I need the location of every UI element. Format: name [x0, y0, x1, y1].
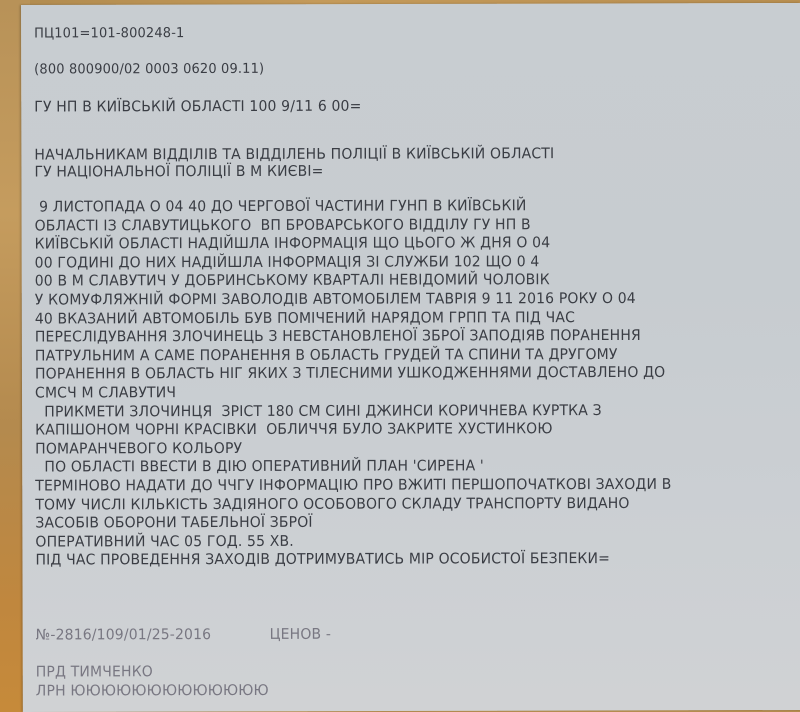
- printed-telegram-sheet: ПЦ101=101-800248-1 (800 800900/02 0003 0…: [21, 3, 800, 712]
- body-line: 00 В М СЛАВУТИЧ У ДОБРИНСЬКОМУ КВАРТАЛІ …: [35, 273, 550, 289]
- sender-line: ГУ НП В КИЇВСЬКІЙ ОБЛАСТІ 100 9/11 6 00=: [34, 99, 361, 115]
- body-line: ПОМАРАНЧЕВОГО КОЛЬОРУ: [35, 441, 242, 456]
- body-line: ПАТРУЛЬНИМ А САМЕ ПОРАНЕННЯ В ОБЛАСТЬ ГР…: [35, 347, 618, 363]
- body-line: КИЇВСЬКІЙ ОБЛАСТІ НАДІЙШЛА ІНФОРМАЦІЯ ЩО…: [35, 236, 551, 252]
- telegram-body: 9 ЛИСТОПАДА О 04 40 ДО ЧЕРГОВОЇ ЧАСТИНИ …: [21, 3, 800, 5]
- body-line: СМСЧ М СЛАВУТИЧ: [35, 386, 176, 401]
- received-by: ПРД ТИМЧЕНКО: [36, 665, 153, 680]
- body-line: КАПІШОНОМ ЧОРНІ КРАСІВКИ ОБЛИЧЧЯ БУЛО ЗА…: [35, 422, 553, 438]
- routing-code: (800 800900/02 0003 0620 09.11): [34, 62, 264, 76]
- body-line: 40 ВКАЗАНИЙ АВТОМОБІЛЬ БУВ ПОМІЧЕНИЙ НАР…: [35, 310, 575, 326]
- body-line: 9 ЛИСТОПАДА О 04 40 ДО ЧЕРГОВОЇ ЧАСТИНИ …: [35, 199, 527, 215]
- body-line: ОБЛАСТІ ІЗ СЛАВУТИЦЬКОГО ВП БРОВАРСЬКОГО…: [35, 217, 531, 233]
- body-line: ПО ОБЛАСТІ ВВЕСТИ В ДІЮ ОПЕРАТИВНИЙ ПЛАН…: [35, 459, 484, 475]
- message-id: ПЦ101=101-800248-1: [34, 27, 184, 41]
- body-line: ПРИКМЕТИ ЗЛОЧИНЦЯ ЗРІСТ 180 СМ СИНІ ДЖИН…: [35, 403, 602, 419]
- body-line: 00 ГОДИНІ ДО НИХ НАДІЙШЛА ІНФОРМАЦІЯ ЗІ …: [35, 254, 540, 270]
- body-line: ТЕРМІНОВО НАДАТИ ДО ЧЧГУ ІНФОРМАЦІЮ ПРО …: [35, 477, 671, 493]
- signatory: ЦЕНОВ -: [270, 627, 331, 642]
- body-line: У КОМУФЛЯЖНІЙ ФОРМІ ЗАВОЛОДІВ АВТОМОБІЛЕ…: [35, 291, 636, 307]
- addressee-line: ГУ НАЦІОНАЛЬНОЇ ПОЛІЦІЇ В М КИЄВІ=: [34, 164, 323, 179]
- body-line: ЗАСОБІВ ОБОРОНИ ТАБЕЛЬНОЇ ЗБРОЇ: [35, 515, 312, 530]
- body-line: ОПЕРАТИВНИЙ ЧАС 05 ГОД. 55 ХВ.: [35, 534, 293, 549]
- body-line: ПОРАНЕННЯ В ОБЛАСТЬ НІГ ЯКИХ З ТІЛЕСНИМИ…: [35, 366, 665, 382]
- reference-number: №-2816/109/01/25-2016: [36, 628, 212, 643]
- body-line: ПЕРЕСЛІДУВАННЯ ЗЛОЧИНЕЦЬ З НЕВСТАНОВЛЕНО…: [35, 329, 641, 345]
- body-line: ТОМУ ЧИСЛІ КІЛЬКІСТЬ ЗАДІЯНОГО ОСОБОВОГО…: [35, 496, 629, 512]
- body-line: ПІД ЧАС ПРОВЕДЕННЯ ЗАХОДІВ ДОТРИМУВАТИСЬ…: [35, 552, 610, 568]
- addressee-line: НАЧАЛЬНИКАМ ВІДДІЛІВ ТА ВІДДІЛЕНЬ ПОЛІЦІ…: [34, 147, 554, 163]
- trailer-line: ЛРН ЮЮЮЮЮЮЮЮЮЮЮЮЮ: [36, 683, 269, 698]
